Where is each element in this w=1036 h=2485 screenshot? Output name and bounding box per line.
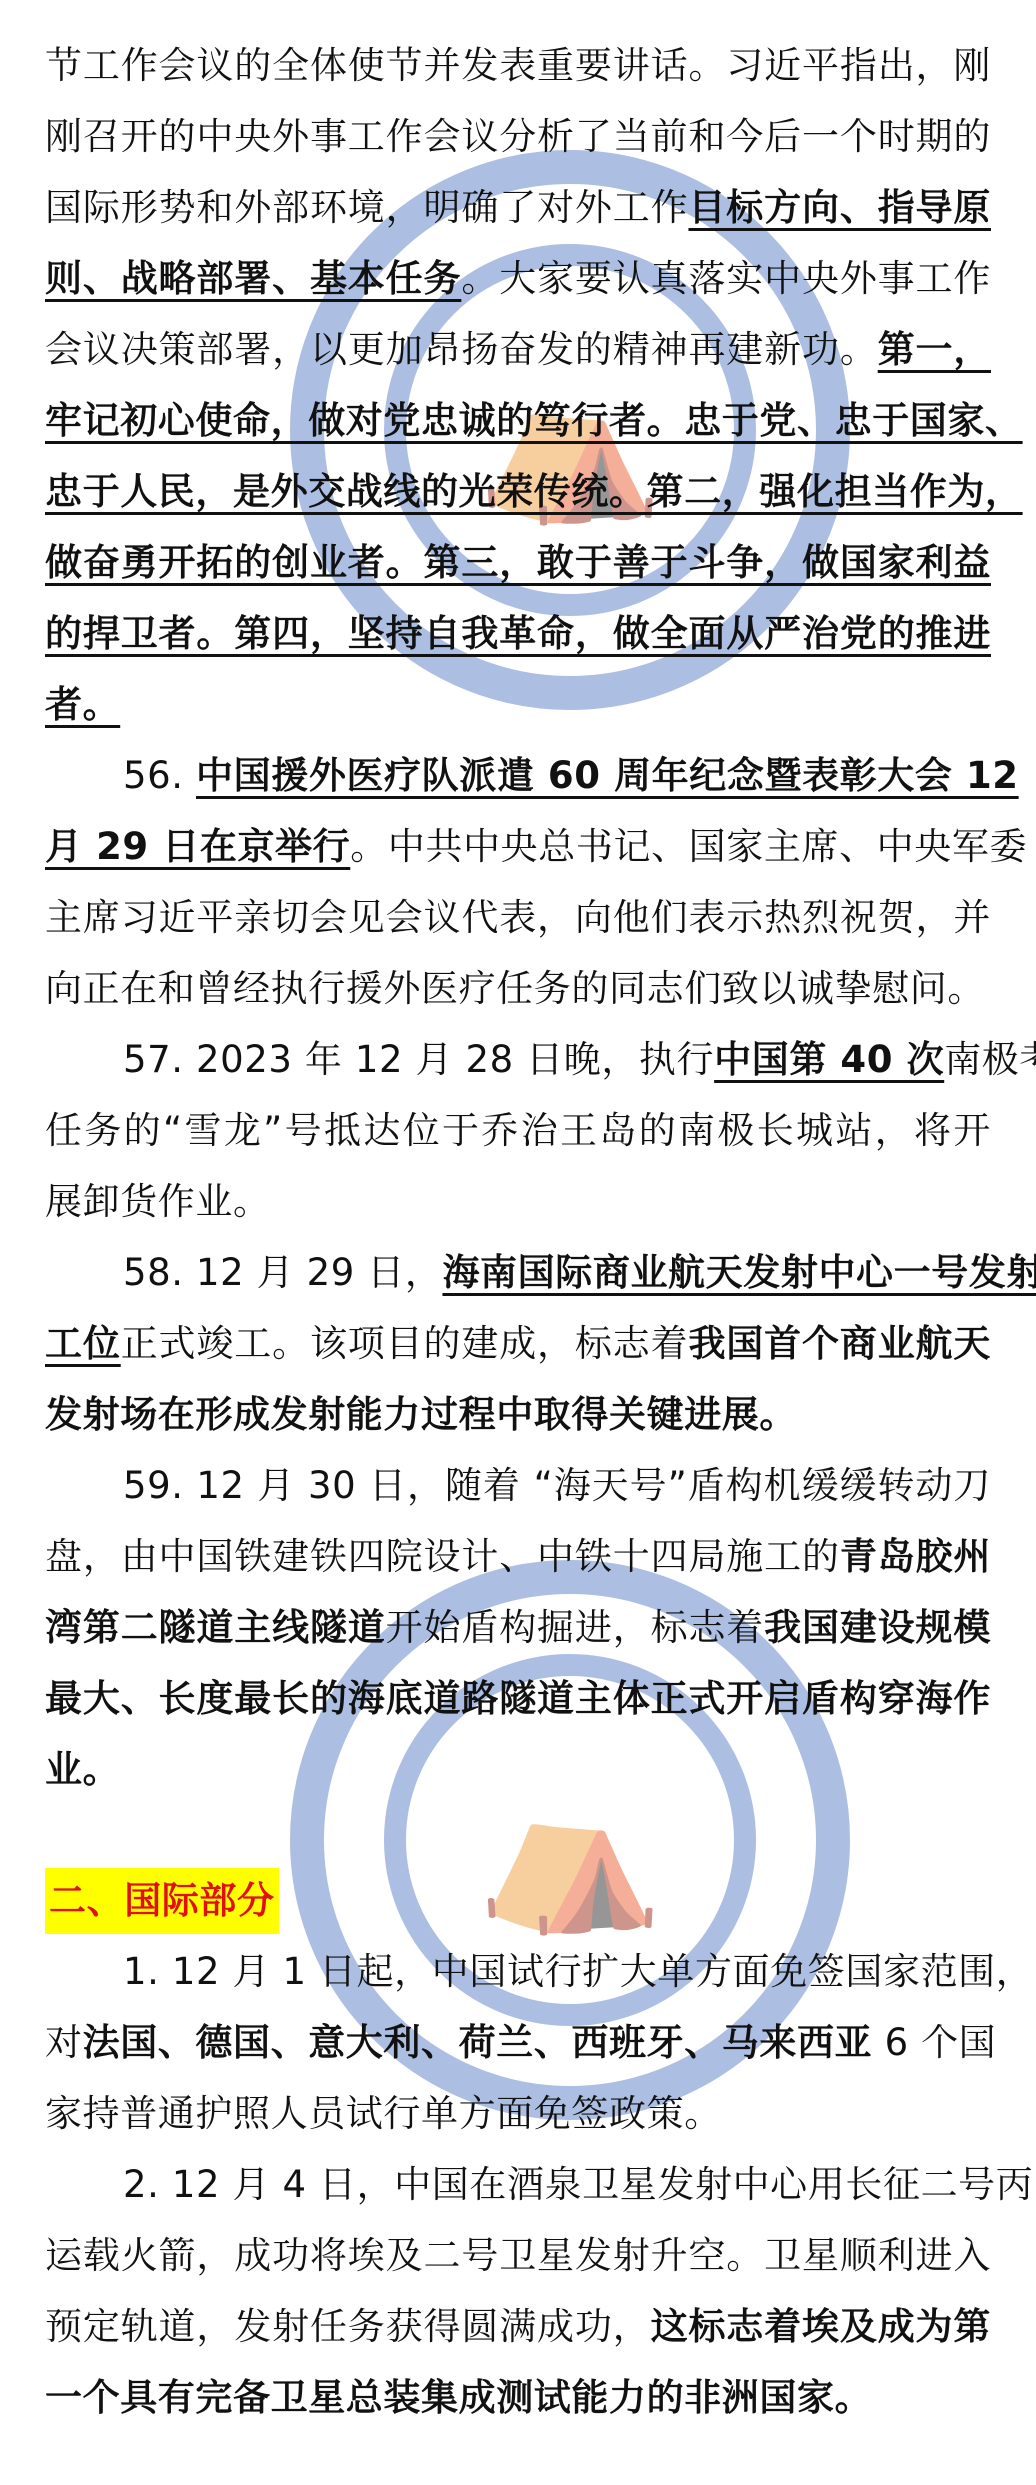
text-line: 国际形势和外部环境，明确了对外工作目标方向、指导原 [45,172,991,243]
bold-emphasis: 发射场在形成发射能力过程中取得关键进展。 [45,1393,797,1436]
text-line: 工位正式竣工。该项目的建成，标志着我国首个商业航天 [45,1308,991,1379]
text-line: 主席习近平亲切会见会议代表，向他们表示热烈祝贺，并 [45,882,991,953]
text-line: 牢记初心使命，做对党忠诚的笃行者。忠于党、忠于国家、 [45,385,991,456]
text-line: 最大、长度最长的海底道路隧道主体正式开启盾构穿海作 [45,1663,991,1734]
spacer [45,1805,991,1865]
section-heading-line: 二、国际部分 [45,1865,991,1936]
underlined-emphasis: 第一， [878,328,991,371]
bold-emphasis: 我国首个商业航天 [688,1322,991,1365]
text-line: 刚召开的中央外事工作会议分析了当前和今后一个时期的 [45,101,991,172]
text-line: 业。 [45,1734,991,1805]
text-line: 发射场在形成发射能力过程中取得关键进展。 [45,1379,991,1450]
bold-emphasis: 湾第二隧道主线隧道 [45,1606,386,1649]
underlined-emphasis: 则、战略部署、基本任务 [45,257,461,300]
bold-emphasis: 一个具有完备卫星总装集成测试能力的非洲国家。 [45,2376,872,2419]
bold-emphasis: 我国建设规模 [764,1606,991,1649]
bold-emphasis: 业。 [45,1748,120,1791]
bold-emphasis: 法国、德国、意大利、荷兰、西班牙、马来西亚 [83,2021,873,2064]
item-59-line: 59. 12 月 30 日，随着 “海天号”盾构机缓缓转动刀 [45,1450,991,1521]
underlined-emphasis: 工位 [45,1322,121,1365]
underlined-emphasis: 中国援外医疗队派遣 60 周年纪念暨表彰大会 12 [196,754,1019,797]
text-line: 月 29 日在京举行。中共中央总书记、国家主席、中央军委 [45,811,991,882]
text-line: 忠于人民，是外交战线的光荣传统。第二，强化担当作为， [45,456,991,527]
text-line: 展卸货作业。 [45,1166,991,1237]
intl-item-2-line: 2. 12 月 4 日，中国在酒泉卫星发射中心用长征二号丙 [45,2149,991,2220]
bold-emphasis: 最大、长度最长的海底道路隧道主体正式开启盾构穿海作 [45,1677,991,1720]
text-line: 预定轨道，发射任务获得圆满成功，这标志着埃及成为第 [45,2291,991,2362]
intl-item-1-line: 1. 12 月 1 日起，中国试行扩大单方面免签国家范围， [45,1936,991,2007]
text-line: 运载火箭，成功将埃及二号卫星发射升空。卫星顺利进入 [45,2220,991,2291]
underlined-emphasis: 目标方向、指导原 [688,186,991,229]
bold-emphasis: 青岛胶州 [840,1535,991,1578]
text-line: 会议决策部署，以更加昂扬奋发的精神再建新功。第一， [45,314,991,385]
text-line: 节工作会议的全体使节并发表重要讲话。习近平指出，刚 [45,30,991,101]
text-line: 向正在和曾经执行援外医疗任务的同志们致以诚挚慰问。 [45,953,991,1024]
text-line: 的捍卫者。第四，坚持自我革命，做全面从严治党的推进 [45,598,991,669]
underlined-emphasis: 者。 [45,683,120,726]
text-line: 则、战略部署、基本任务。大家要认真落实中央外事工作 [45,243,991,314]
text-line: 任务的“雪龙”号抵达位于乔治王岛的南极长城站，将开 [45,1095,991,1166]
underlined-emphasis: 牢记初心使命，做对党忠诚的笃行者。忠于党、忠于国家、 [45,399,1023,442]
text-line: 家持普通护照人员试行单方面免签政策。 [45,2078,991,2149]
underlined-emphasis: 做奋勇开拓的创业者。第三，敢于善于斗争，做国家利益 [45,541,991,584]
underlined-emphasis: 忠于人民，是外交战线的光荣传统。第二，强化担当作为， [45,470,1023,513]
document-body: 节工作会议的全体使节并发表重要讲话。习近平指出，刚 刚召开的中央外事工作会议分析… [45,30,991,2433]
text-line: 对法国、德国、意大利、荷兰、西班牙、马来西亚 6 个国 [45,2007,991,2078]
underlined-emphasis: 中国第 40 次 [714,1038,944,1081]
text-line: 者。 [45,669,991,740]
item-58-line: 58. 12 月 29 日，海南国际商业航天发射中心一号发射 [45,1237,991,1308]
text-line: 一个具有完备卫星总装集成测试能力的非洲国家。 [45,2362,991,2433]
underlined-emphasis: 月 29 日在京举行 [45,825,350,868]
underlined-emphasis: 的捍卫者。第四，坚持自我革命，做全面从严治党的推进 [45,612,991,655]
bold-emphasis: 这标志着埃及成为第 [651,2305,991,2348]
underlined-emphasis: 海南国际商业航天发射中心一号发射 [442,1251,1036,1294]
text-line: 做奋勇开拓的创业者。第三，敢于善于斗争，做国家利益 [45,527,991,598]
text-line: 盘，由中国铁建铁四院设计、中铁十四局施工的青岛胶州 [45,1521,991,1592]
section-heading: 二、国际部分 [45,1868,279,1934]
item-57-line: 57. 2023 年 12 月 28 日晚，执行中国第 40 次南极考察 [45,1024,991,1095]
item-56-line: 56. 中国援外医疗队派遣 60 周年纪念暨表彰大会 12 [45,740,991,811]
text-line: 湾第二隧道主线隧道开始盾构掘进，标志着我国建设规模 [45,1592,991,1663]
